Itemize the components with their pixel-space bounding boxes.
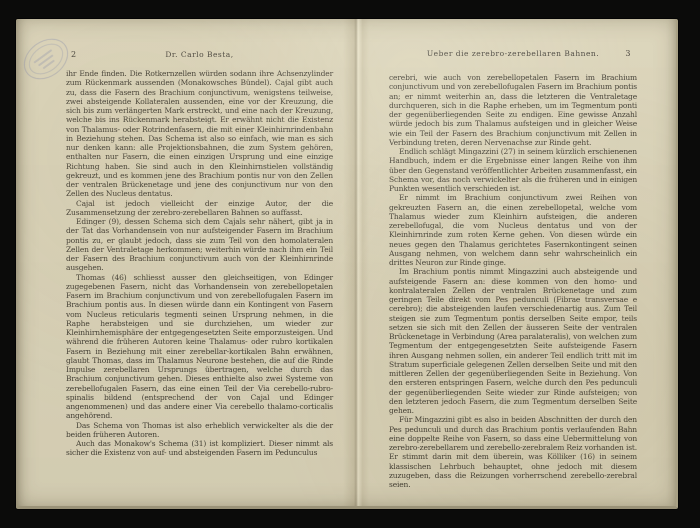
paragraph: Das Schema von Thomas ist also erheblich… <box>66 421 333 440</box>
paragraph: Im Brachium pontis nimmt Mingazzini auch… <box>389 267 637 415</box>
paragraph: Auch das Monakow's Schema (31) ist kompl… <box>66 439 333 458</box>
left-page-number: 2 <box>71 50 77 59</box>
left-page-text: ihr Ende finden. Die Rotkernzellen würde… <box>66 69 333 458</box>
stamp-inner-ring <box>23 37 69 80</box>
paragraph: cerebri, wie auch von zerebellopetalen F… <box>389 73 637 147</box>
paragraph: ihr Ende finden. Die Rotkernzellen würde… <box>66 69 333 199</box>
paragraph: Er nimmt im Brachium conjunctivum zwei R… <box>389 193 637 267</box>
right-page-text: cerebri, wie auch von zerebellopetalen F… <box>389 73 637 489</box>
right-header-title: Ueber die zerebro-zerebellaren Bahnen. <box>389 49 637 58</box>
paragraph: Thomas (46) schliesst ausser den gleichs… <box>66 273 333 421</box>
right-page-number: 3 <box>625 49 631 58</box>
paragraph: Endlich schlägt Mingazzini (27) in seine… <box>389 147 637 193</box>
paragraph: Edinger (9), dessen Schema sich dem Caja… <box>66 217 333 273</box>
paragraph: Cajal ist jedoch vielleicht der einzige … <box>66 199 333 218</box>
right-running-header: Ueber die zerebro-zerebellaren Bahnen. 3 <box>389 49 637 58</box>
book-spread: 2 Dr. Carlo Besta, ihr Ende finden. Die … <box>16 19 678 509</box>
stamp-illegible-text <box>38 54 53 66</box>
left-header-title: Dr. Carlo Besta, <box>66 50 333 59</box>
scanned-book-photo: { "colors": { "background": "#0b0b0a", "… <box>0 0 700 528</box>
left-running-header: 2 Dr. Carlo Besta, <box>66 50 333 59</box>
paragraph: Für Mingazzini gibt es also in beiden Ab… <box>389 415 637 489</box>
page-left: 2 Dr. Carlo Besta, ihr Ende finden. Die … <box>16 19 355 506</box>
stamp-illegible-text <box>33 49 52 63</box>
page-right: Ueber die zerebro-zerebellaren Bahnen. 3… <box>355 19 676 506</box>
stamp-illegible-text <box>42 60 54 69</box>
